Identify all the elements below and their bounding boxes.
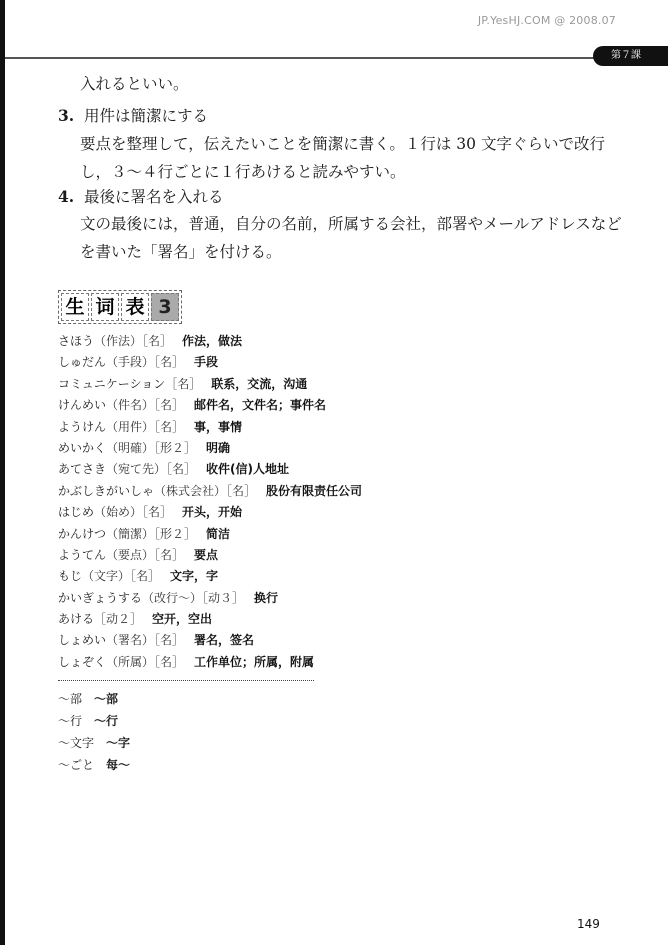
kanji: （作法） <box>94 334 142 348</box>
part-of-speech: ［名］ <box>142 505 172 519</box>
meaning: 股份有限责任公司 <box>266 484 362 498</box>
kanji: （要点） <box>106 548 154 562</box>
vocab-entry: ようけん（用件）［名］事，事情 <box>58 418 362 439</box>
vocab-entry: めいかく（明確）［形２］明确 <box>58 439 362 460</box>
part-of-speech: ［名］ <box>154 398 184 412</box>
page-number: 149 <box>577 917 600 931</box>
suffix-meaning: ～部 <box>94 692 118 706</box>
item-title: 最後に署名を入れる <box>84 188 224 206</box>
item-title: 用件は簡潔にする <box>84 107 208 125</box>
part-of-speech: ［名］ <box>154 633 184 647</box>
title-badge: 3 <box>151 293 179 321</box>
meaning: 作法，做法 <box>182 334 242 348</box>
item-3-line-2: し，３～４行ごとに１行あけると読みやすい。 <box>80 160 406 182</box>
meaning: 简洁 <box>206 527 230 541</box>
vocab-entry: しょぞく（所属）［名］工作单位；所属，附属 <box>58 653 362 674</box>
suffix-term: ～行 <box>58 714 82 728</box>
suffix-meaning: 每～ <box>106 758 130 772</box>
suffix-entry: ～部～部 <box>58 690 130 712</box>
kanji: （署名） <box>106 633 154 647</box>
meaning: 要点 <box>194 548 218 562</box>
reading: しょめい <box>58 633 106 647</box>
kanji: （宛て先） <box>106 462 166 476</box>
part-of-speech: ［名］ <box>166 462 196 476</box>
part-of-speech: ［动３］ <box>202 591 244 605</box>
part-of-speech: ［名］ <box>142 334 172 348</box>
reading: ようけん <box>58 420 106 434</box>
dotted-divider <box>58 680 314 681</box>
reading: かんけつ <box>58 527 106 541</box>
suffix-entry: ～ごと每～ <box>58 756 130 778</box>
meaning: 开头，开始 <box>182 505 242 519</box>
reading: はじめ <box>58 505 94 519</box>
part-of-speech: ［名］ <box>154 655 184 669</box>
item-number: 3. <box>58 106 84 125</box>
suffix-list: ～部～部 ～行～行 ～文字～字 ～ごと每～ <box>58 690 130 778</box>
vocab-entry: はじめ（始め）［名］开头，开始 <box>58 503 362 524</box>
item-3-line-1: 要点を整理して，伝えたいことを簡潔に書く。１行は 30 文字ぐらいで改行 <box>80 132 605 154</box>
kanji: （株式会社） <box>154 484 226 498</box>
meaning: 换行 <box>254 591 278 605</box>
meaning: 明确 <box>206 441 230 455</box>
part-of-speech: ［形２］ <box>154 527 196 541</box>
suffix-term: ～文字 <box>58 736 94 750</box>
kanji: （件名） <box>106 398 154 412</box>
scan-left-edge <box>0 0 5 945</box>
kanji: （改行～） <box>142 591 202 605</box>
meaning: 手段 <box>194 355 218 369</box>
kanji: （簡潔） <box>106 527 154 541</box>
meaning: 事，事情 <box>194 420 242 434</box>
reading: しょぞく <box>58 655 106 669</box>
watermark: JP.YesHJ.COM @ 2008.07 <box>478 14 616 27</box>
vocab-entry: しょめい（署名）［名］署名，签名 <box>58 631 362 652</box>
vocab-entry: ようてん（要点）［名］要点 <box>58 546 362 567</box>
reading: コミュニケーション <box>58 377 165 391</box>
suffix-term: ～部 <box>58 692 82 706</box>
kanji: （明確） <box>106 441 154 455</box>
part-of-speech: ［名］ <box>130 569 160 583</box>
title-char: 表 <box>121 293 149 321</box>
meaning: 收件(信)人地址 <box>206 462 289 476</box>
part-of-speech: ［名］ <box>154 420 184 434</box>
kanji: （所属） <box>106 655 154 669</box>
meaning: 空开，空出 <box>152 612 212 626</box>
part-of-speech: ［动２］ <box>94 612 142 626</box>
item-4-heading: 4.最後に署名を入れる <box>58 185 224 207</box>
kanji: （手段） <box>106 355 154 369</box>
part-of-speech: ［名］ <box>154 355 184 369</box>
continuation-line: 入れるといい。 <box>80 72 189 94</box>
vocab-entry: もじ（文字）［名］文字，字 <box>58 567 362 588</box>
item-3-heading: 3.用件は簡潔にする <box>58 104 208 126</box>
suffix-meaning: ～字 <box>106 736 130 750</box>
suffix-meaning: ～行 <box>94 714 118 728</box>
part-of-speech: ［名］ <box>226 484 256 498</box>
meaning: 署名，签名 <box>194 633 254 647</box>
reading: さほう <box>58 334 94 348</box>
reading: けんめい <box>58 398 106 412</box>
part-of-speech: ［名］ <box>165 377 201 391</box>
vocab-entry: かぶしきがいしゃ（株式会社）［名］股份有限责任公司 <box>58 482 362 503</box>
reading: めいかく <box>58 441 106 455</box>
title-char: 词 <box>91 293 119 321</box>
item-4-line-1: 文の最後には，普通，自分の名前，所属する会社，部署やメールアドレスなど <box>80 212 622 234</box>
suffix-entry: ～文字～字 <box>58 734 130 756</box>
meaning: 邮件名，文件名；事件名 <box>194 398 326 412</box>
item-number: 4. <box>58 187 84 206</box>
vocab-entry: かいぎょうする（改行～）［动３］换行 <box>58 589 362 610</box>
vocab-entry: あてさき（宛て先）［名］收件(信)人地址 <box>58 460 362 481</box>
title-char: 生 <box>61 293 89 321</box>
kanji: （用件） <box>106 420 154 434</box>
vocab-entry: しゅだん（手段）［名］手段 <box>58 353 362 374</box>
vocab-entry: さほう（作法）［名］作法，做法 <box>58 332 362 353</box>
suffix-entry: ～行～行 <box>58 712 130 734</box>
header-rule <box>5 57 595 59</box>
vocab-entry: コミュニケーション［名］联系，交流，沟通 <box>58 375 362 396</box>
part-of-speech: ［形２］ <box>154 441 196 455</box>
meaning: 工作单位；所属，附属 <box>194 655 314 669</box>
vocab-section-title: 生 词 表 3 <box>58 290 182 324</box>
kanji: （始め） <box>94 505 142 519</box>
reading: あてさき <box>58 462 106 476</box>
vocab-entry: かんけつ（簡潔）［形２］简洁 <box>58 525 362 546</box>
vocab-entry: あける［动２］空开，空出 <box>58 610 362 631</box>
reading: もじ <box>58 569 82 583</box>
chapter-tab: 第７課 <box>593 46 668 66</box>
reading: かぶしきがいしゃ <box>58 484 154 498</box>
reading: しゅだん <box>58 355 106 369</box>
part-of-speech: ［名］ <box>154 548 184 562</box>
suffix-term: ～ごと <box>58 758 94 772</box>
vocab-entry: けんめい（件名）［名］邮件名，文件名；事件名 <box>58 396 362 417</box>
meaning: 文字，字 <box>170 569 218 583</box>
kanji: （文字） <box>82 569 130 583</box>
meaning: 联系，交流，沟通 <box>211 377 307 391</box>
vocab-list: さほう（作法）［名］作法，做法 しゅだん（手段）［名］手段 コミュニケーション［… <box>58 332 362 674</box>
reading: かいぎょうする <box>58 591 142 605</box>
reading: ようてん <box>58 548 106 562</box>
item-4-line-2: を書いた「署名」を付ける。 <box>80 240 282 262</box>
reading: あける <box>58 612 94 626</box>
